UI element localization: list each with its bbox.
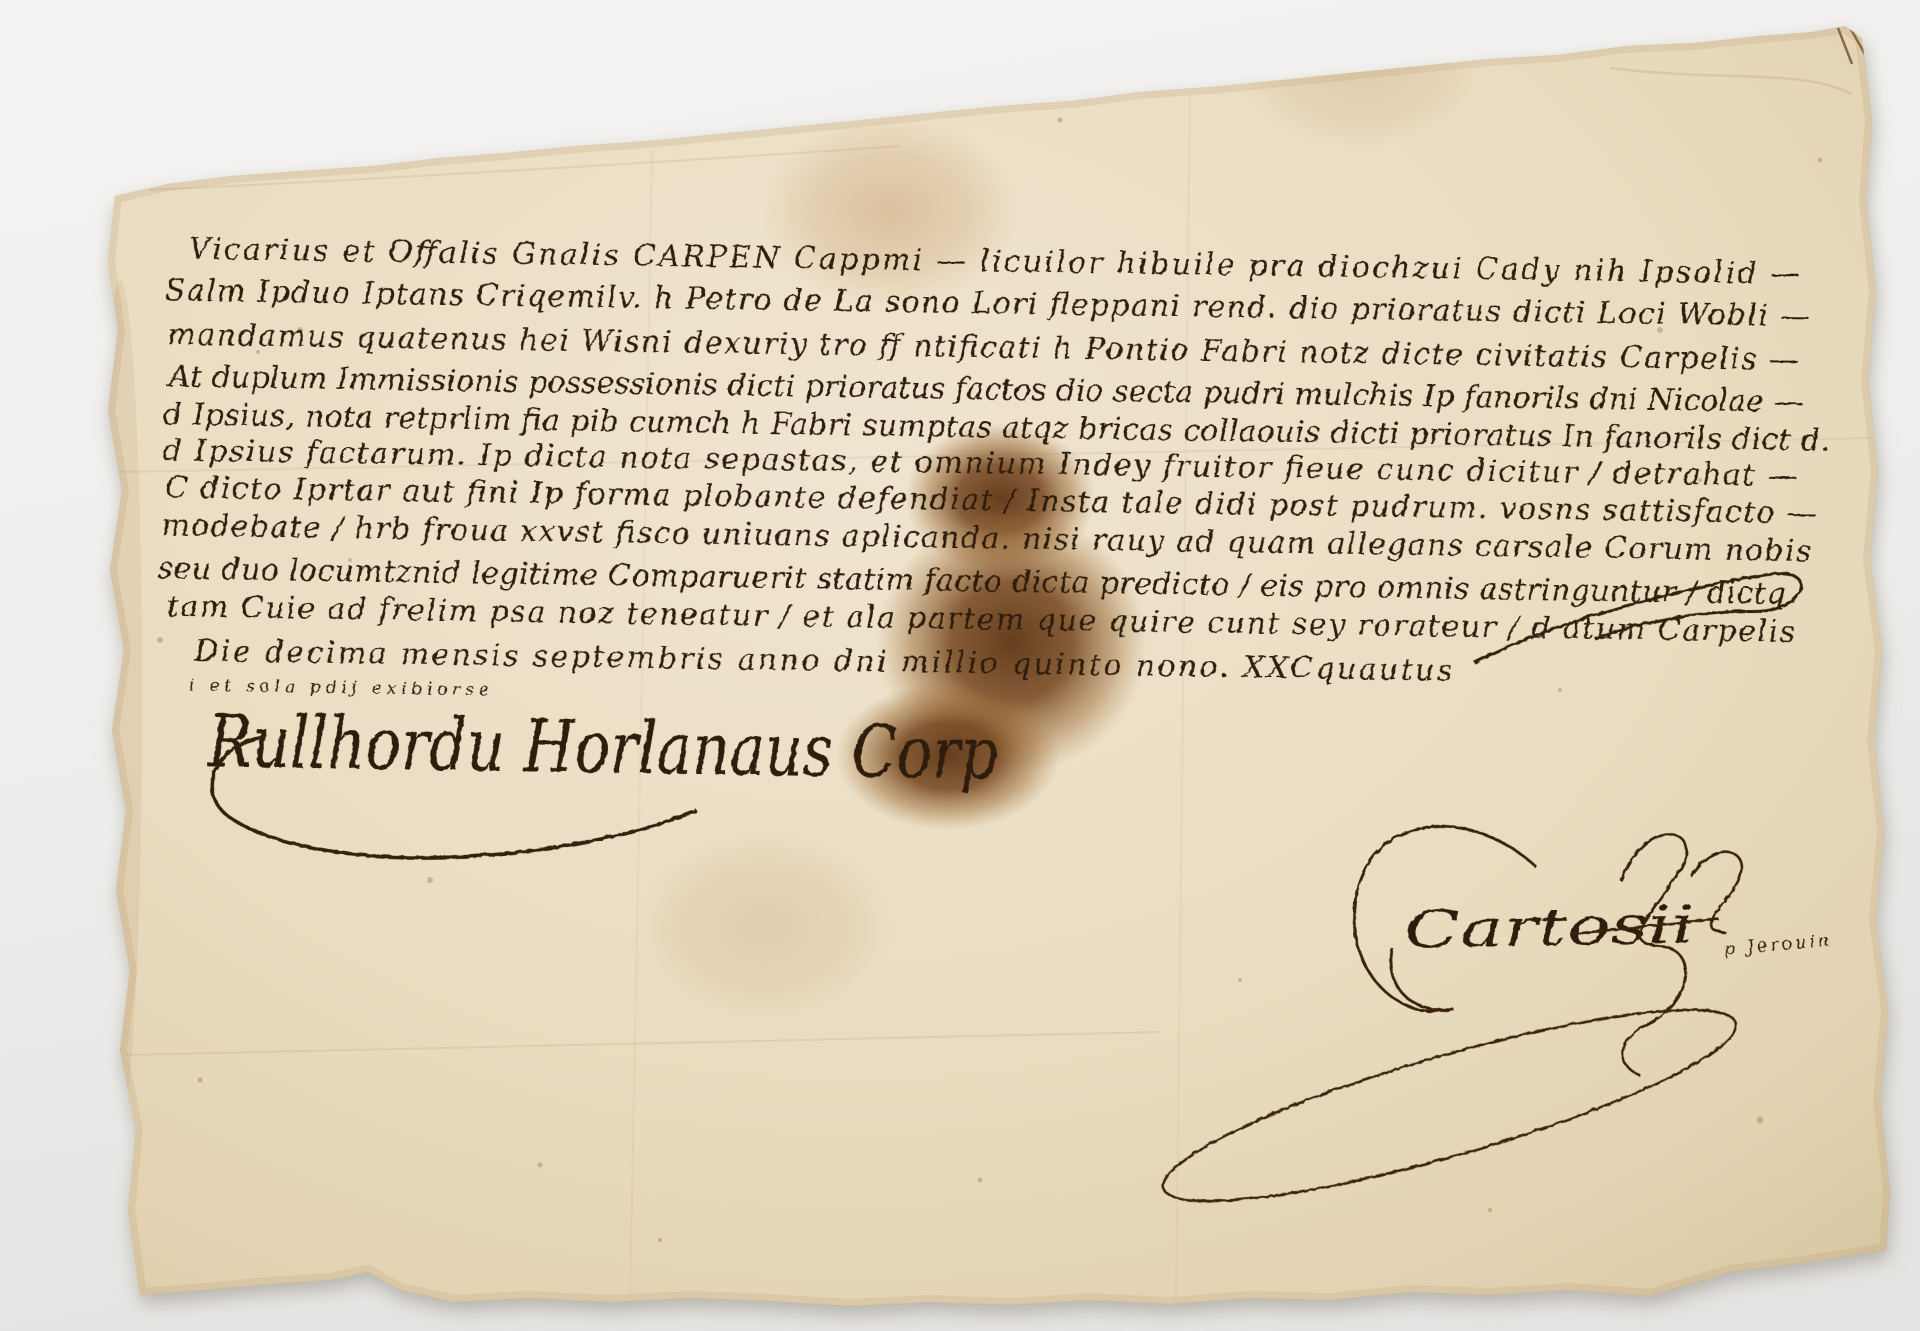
paper-surface-details: Vicarius et Offalis Gnalis CARPEN Cappmi… [90,0,1910,1320]
countersignature: Cartosii [1403,895,1694,961]
manuscript-photo-canvas: Vicarius et Offalis Gnalis CARPEN Cappmi… [0,0,1920,1331]
stain-bottom-faint [637,829,893,1021]
stain-top-tan [762,116,1018,308]
main-signature: Rullhordu Horlanaus Corp [205,698,998,794]
photo-of-manuscript: Vicarius et Offalis Gnalis CARPEN Cappmi… [0,0,1920,1331]
